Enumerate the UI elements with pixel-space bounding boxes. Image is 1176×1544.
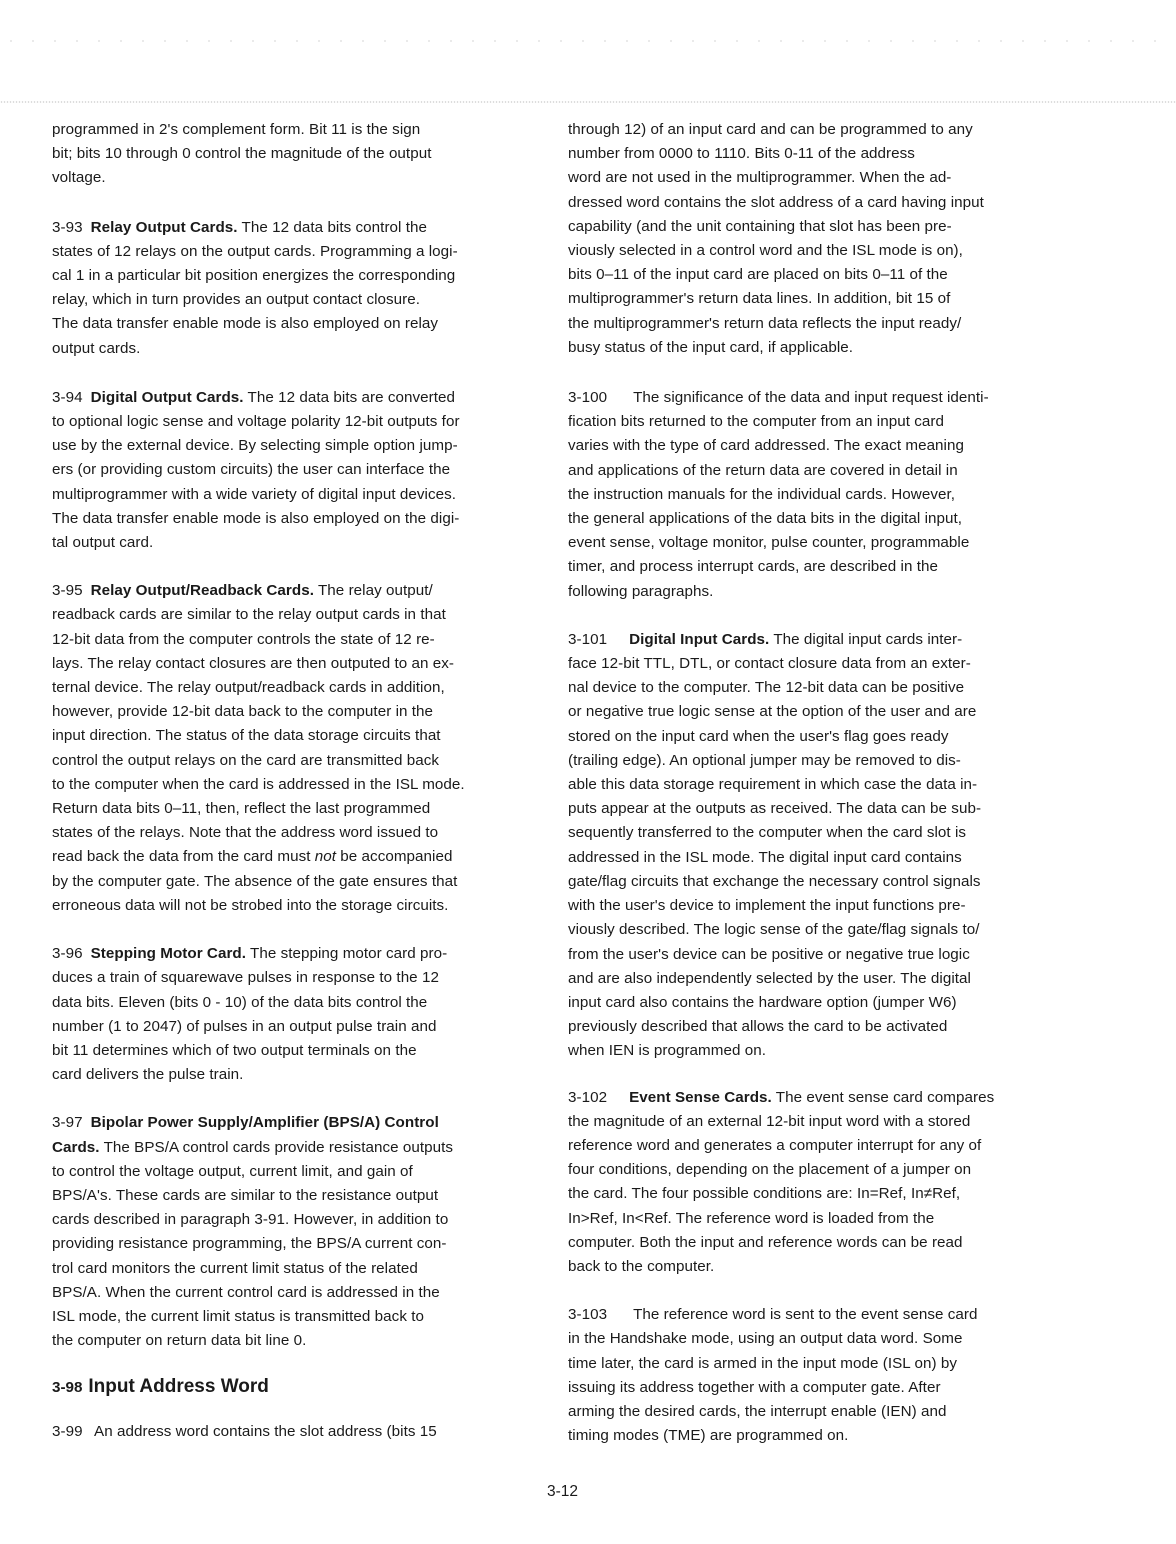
text-line: ternal device. The relay output/readback…: [52, 676, 542, 700]
text-line: control the output relays on the card ar…: [52, 749, 542, 773]
text-line: relay, which in turn provides an output …: [52, 288, 542, 312]
text-line: providing resistance programming, the BP…: [52, 1232, 542, 1256]
paragraph-3-97: 3-97Bipolar Power Supply/Amplifier (BPS/…: [52, 1111, 542, 1353]
text-line: data bits. Eleven (bits 0 - 10) of the d…: [52, 991, 542, 1015]
paragraph-3-93: 3-93Relay Output Cards. The 12 data bits…: [52, 216, 542, 361]
paragraph-title: Stepping Motor Card.: [91, 945, 246, 962]
section-title: Input Address Word: [88, 1376, 269, 1397]
text-line: addressed in the ISL mode. The digital i…: [568, 846, 1058, 870]
text-line: timing modes (TME) are programmed on.: [568, 1424, 1058, 1448]
paragraph-number: 3-94: [52, 389, 83, 406]
text-line: busy status of the input card, if applic…: [568, 336, 1058, 360]
text-line: through 12) of an input card and can be …: [568, 118, 1058, 142]
text-line: BPS/A. When the current control card is …: [52, 1281, 542, 1305]
text-line: voltage.: [52, 166, 542, 190]
paragraph-3-99: 3-99 An address word contains the slot a…: [52, 1420, 542, 1444]
text-line: multiprogrammer's return data lines. In …: [568, 287, 1058, 311]
text-line: gate/flag circuits that exchange the nec…: [568, 870, 1058, 894]
text-line: dressed word contains the slot address o…: [568, 191, 1058, 215]
text-line: face 12-bit TTL, DTL, or contact closure…: [568, 652, 1058, 676]
text-line: with the user's device to implement the …: [568, 894, 1058, 918]
paragraph-number: 3-99: [52, 1423, 83, 1440]
text-line: read back the data from the card must no…: [52, 845, 542, 869]
text-line: The 12 data bits control the: [238, 219, 427, 236]
text-line: (trailing edge). An optional jumper may …: [568, 749, 1058, 773]
text-line: bits 0–11 of the input card are placed o…: [568, 263, 1058, 287]
paragraph-number: 3-102: [568, 1089, 607, 1106]
text-line: and are also independently selected by t…: [568, 967, 1058, 991]
text-line: The data transfer enable mode is also em…: [52, 312, 542, 336]
text-line: able this data storage requirement in wh…: [568, 773, 1058, 797]
text-line: the multiprogrammer's return data reflec…: [568, 312, 1058, 336]
text-line: to control the voltage output, current l…: [52, 1160, 542, 1184]
emphasis: not: [315, 848, 336, 865]
paragraph-number: 3-101: [568, 631, 607, 648]
text-line: In>Ref, In<Ref. The reference word is lo…: [568, 1207, 1058, 1231]
text-line: the card. The four possible conditions a…: [568, 1182, 1058, 1206]
text-line: time later, the card is armed in the inp…: [568, 1352, 1058, 1376]
text-line: use by the external device. By selecting…: [52, 434, 542, 458]
text-line: fication bits returned to the computer f…: [568, 410, 1058, 434]
text-line: the general applications of the data bit…: [568, 507, 1058, 531]
paragraph-3-100: 3-100 The significance of the data and i…: [568, 386, 1058, 604]
text-line: capability (and the unit containing that…: [568, 215, 1058, 239]
text-line: back to the computer.: [568, 1255, 1058, 1279]
text-line: The relay output/: [314, 582, 433, 599]
text-line: in the Handshake mode, using an output d…: [568, 1327, 1058, 1351]
paragraph-number: 3-103: [568, 1306, 607, 1323]
paragraph-title: Cards.: [52, 1139, 100, 1156]
text-line: by the computer gate. The absence of the…: [52, 870, 542, 894]
left-column: programmed in 2's complement form. Bit 1…: [52, 118, 542, 1445]
paragraph-3-96: 3-96Stepping Motor Card. The stepping mo…: [52, 942, 542, 1087]
section-heading-input-address-word: 3-98Input Address Word: [52, 1373, 542, 1402]
text-line: timer, and process interrupt cards, are …: [568, 555, 1058, 579]
text-line: sequently transferred to the computer wh…: [568, 821, 1058, 845]
text-line: number from 0000 to 1110. Bits 0-11 of t…: [568, 142, 1058, 166]
text-line: trol card monitors the current limit sta…: [52, 1257, 542, 1281]
text-line: lays. The relay contact closures are the…: [52, 652, 542, 676]
text-line: computer. Both the input and reference w…: [568, 1231, 1058, 1255]
text-line: duces a train of squarewave pulses in re…: [52, 966, 542, 990]
text-line: multiprogrammer with a wide variety of d…: [52, 483, 542, 507]
text-line: the magnitude of an external 12-bit inpu…: [568, 1110, 1058, 1134]
text-line: Return data bits 0–11, then, reflect the…: [52, 797, 542, 821]
paragraph-title: Bipolar Power Supply/Amplifier (BPS/A) C…: [91, 1114, 439, 1131]
text-line: The reference word is sent to the event …: [629, 1306, 977, 1323]
paragraph-3-101: 3-101Digital Input Cards. The digital in…: [568, 628, 1058, 1064]
text-line: input card also contains the hardware op…: [568, 991, 1058, 1015]
text-line: 12-bit data from the computer controls t…: [52, 628, 542, 652]
paragraph-number: 3-95: [52, 582, 83, 599]
text-line: number (1 to 2047) of pulses in an outpu…: [52, 1015, 542, 1039]
text-line: puts appear at the outputs as received. …: [568, 797, 1058, 821]
paragraph-title: Event Sense Cards.: [629, 1089, 772, 1106]
text-line: bit 11 determines which of two output te…: [52, 1039, 542, 1063]
scan-artifact-rule: [0, 101, 1176, 103]
text-line: bit; bits 10 through 0 control the magni…: [52, 142, 542, 166]
text-line: The stepping motor card pro-: [246, 945, 447, 962]
page-number: 3-12: [547, 1483, 578, 1501]
paragraph-3-95: 3-95Relay Output/Readback Cards. The rel…: [52, 579, 542, 918]
text-line: issuing its address together with a comp…: [568, 1376, 1058, 1400]
text-line: varies with the type of card addressed. …: [568, 434, 1058, 458]
text-line: the computer on return data bit line 0.: [52, 1329, 542, 1353]
paragraph-number: 3-100: [568, 389, 607, 406]
text-line: The digital input cards inter-: [769, 631, 962, 648]
text-line: stored on the input card when the user's…: [568, 725, 1058, 749]
text-line: reference word and generates a computer …: [568, 1134, 1058, 1158]
text-line: previously described that allows the car…: [568, 1015, 1058, 1039]
text-line: when IEN is programmed on.: [568, 1039, 1058, 1063]
text-line: BPS/A's. These cards are similar to the …: [52, 1184, 542, 1208]
text-line: word are not used in the multiprogrammer…: [568, 166, 1058, 190]
text-line: tal output card.: [52, 531, 542, 555]
paragraph-title: Digital Output Cards.: [91, 389, 244, 406]
text-line: output cards.: [52, 337, 542, 361]
text-line: erroneous data will not be strobed into …: [52, 894, 542, 918]
text-line: viously described. The logic sense of th…: [568, 918, 1058, 942]
text-line: however, provide 12-bit data back to the…: [52, 700, 542, 724]
text-line: The significance of the data and input r…: [629, 389, 989, 406]
paragraph-continuation: programmed in 2's complement form. Bit 1…: [52, 118, 542, 191]
text-line: from the user's device can be positive o…: [568, 943, 1058, 967]
paragraph-title: Digital Input Cards.: [629, 631, 769, 648]
paragraph-title: Relay Output Cards.: [91, 219, 238, 236]
text-line: states of the relays. Note that the addr…: [52, 821, 542, 845]
text-line: to the computer when the card is address…: [52, 773, 542, 797]
text-line: states of 12 relays on the output cards.…: [52, 240, 542, 264]
text-line: nal device to the computer. The 12-bit d…: [568, 676, 1058, 700]
text-line: card delivers the pulse train.: [52, 1063, 542, 1087]
text-line: event sense, voltage monitor, pulse coun…: [568, 531, 1058, 555]
text-line: readback cards are similar to the relay …: [52, 603, 542, 627]
text-line: cal 1 in a particular bit position energ…: [52, 264, 542, 288]
paragraph-3-94: 3-94Digital Output Cards. The 12 data bi…: [52, 386, 542, 555]
text-line: programmed in 2's complement form. Bit 1…: [52, 118, 542, 142]
paragraph-title: Relay Output/Readback Cards.: [91, 582, 314, 599]
paragraph-number: 3-97: [52, 1114, 83, 1131]
paragraph-3-103: 3-103 The reference word is sent to the …: [568, 1303, 1058, 1448]
text-line: ISL mode, the current limit status is tr…: [52, 1305, 542, 1329]
text-line: The 12 data bits are converted: [244, 389, 456, 406]
text-line: ers (or providing custom circuits) the u…: [52, 458, 542, 482]
text-line: or negative true logic sense at the opti…: [568, 700, 1058, 724]
text-line: viously selected in a control word and t…: [568, 239, 1058, 263]
paragraph-number: 3-93: [52, 219, 83, 236]
paragraph-number: 3-96: [52, 945, 83, 962]
text-line: The event sense card compares: [772, 1089, 994, 1106]
text-line: arming the desired cards, the interrupt …: [568, 1400, 1058, 1424]
text-line: to optional logic sense and voltage pola…: [52, 410, 542, 434]
text-line: and applications of the return data are …: [568, 459, 1058, 483]
text-line: cards described in paragraph 3-91. Howev…: [52, 1208, 542, 1232]
scan-artifact-top: [0, 40, 1176, 42]
text-line: input direction. The status of the data …: [52, 724, 542, 748]
text-line: The BPS/A control cards provide resistan…: [100, 1139, 453, 1156]
section-number: 3-98: [52, 1379, 82, 1396]
paragraph-3-99-continued: through 12) of an input card and can be …: [568, 118, 1058, 360]
text-line: The data transfer enable mode is also em…: [52, 507, 542, 531]
text-line: the instruction manuals for the individu…: [568, 483, 1058, 507]
text-line: four conditions, depending on the placem…: [568, 1158, 1058, 1182]
text-line: An address word contains the slot addres…: [91, 1423, 437, 1440]
paragraph-3-102: 3-102Event Sense Cards. The event sense …: [568, 1086, 1058, 1280]
text-line: following paragraphs.: [568, 580, 1058, 604]
right-column: through 12) of an input card and can be …: [568, 118, 1058, 1448]
